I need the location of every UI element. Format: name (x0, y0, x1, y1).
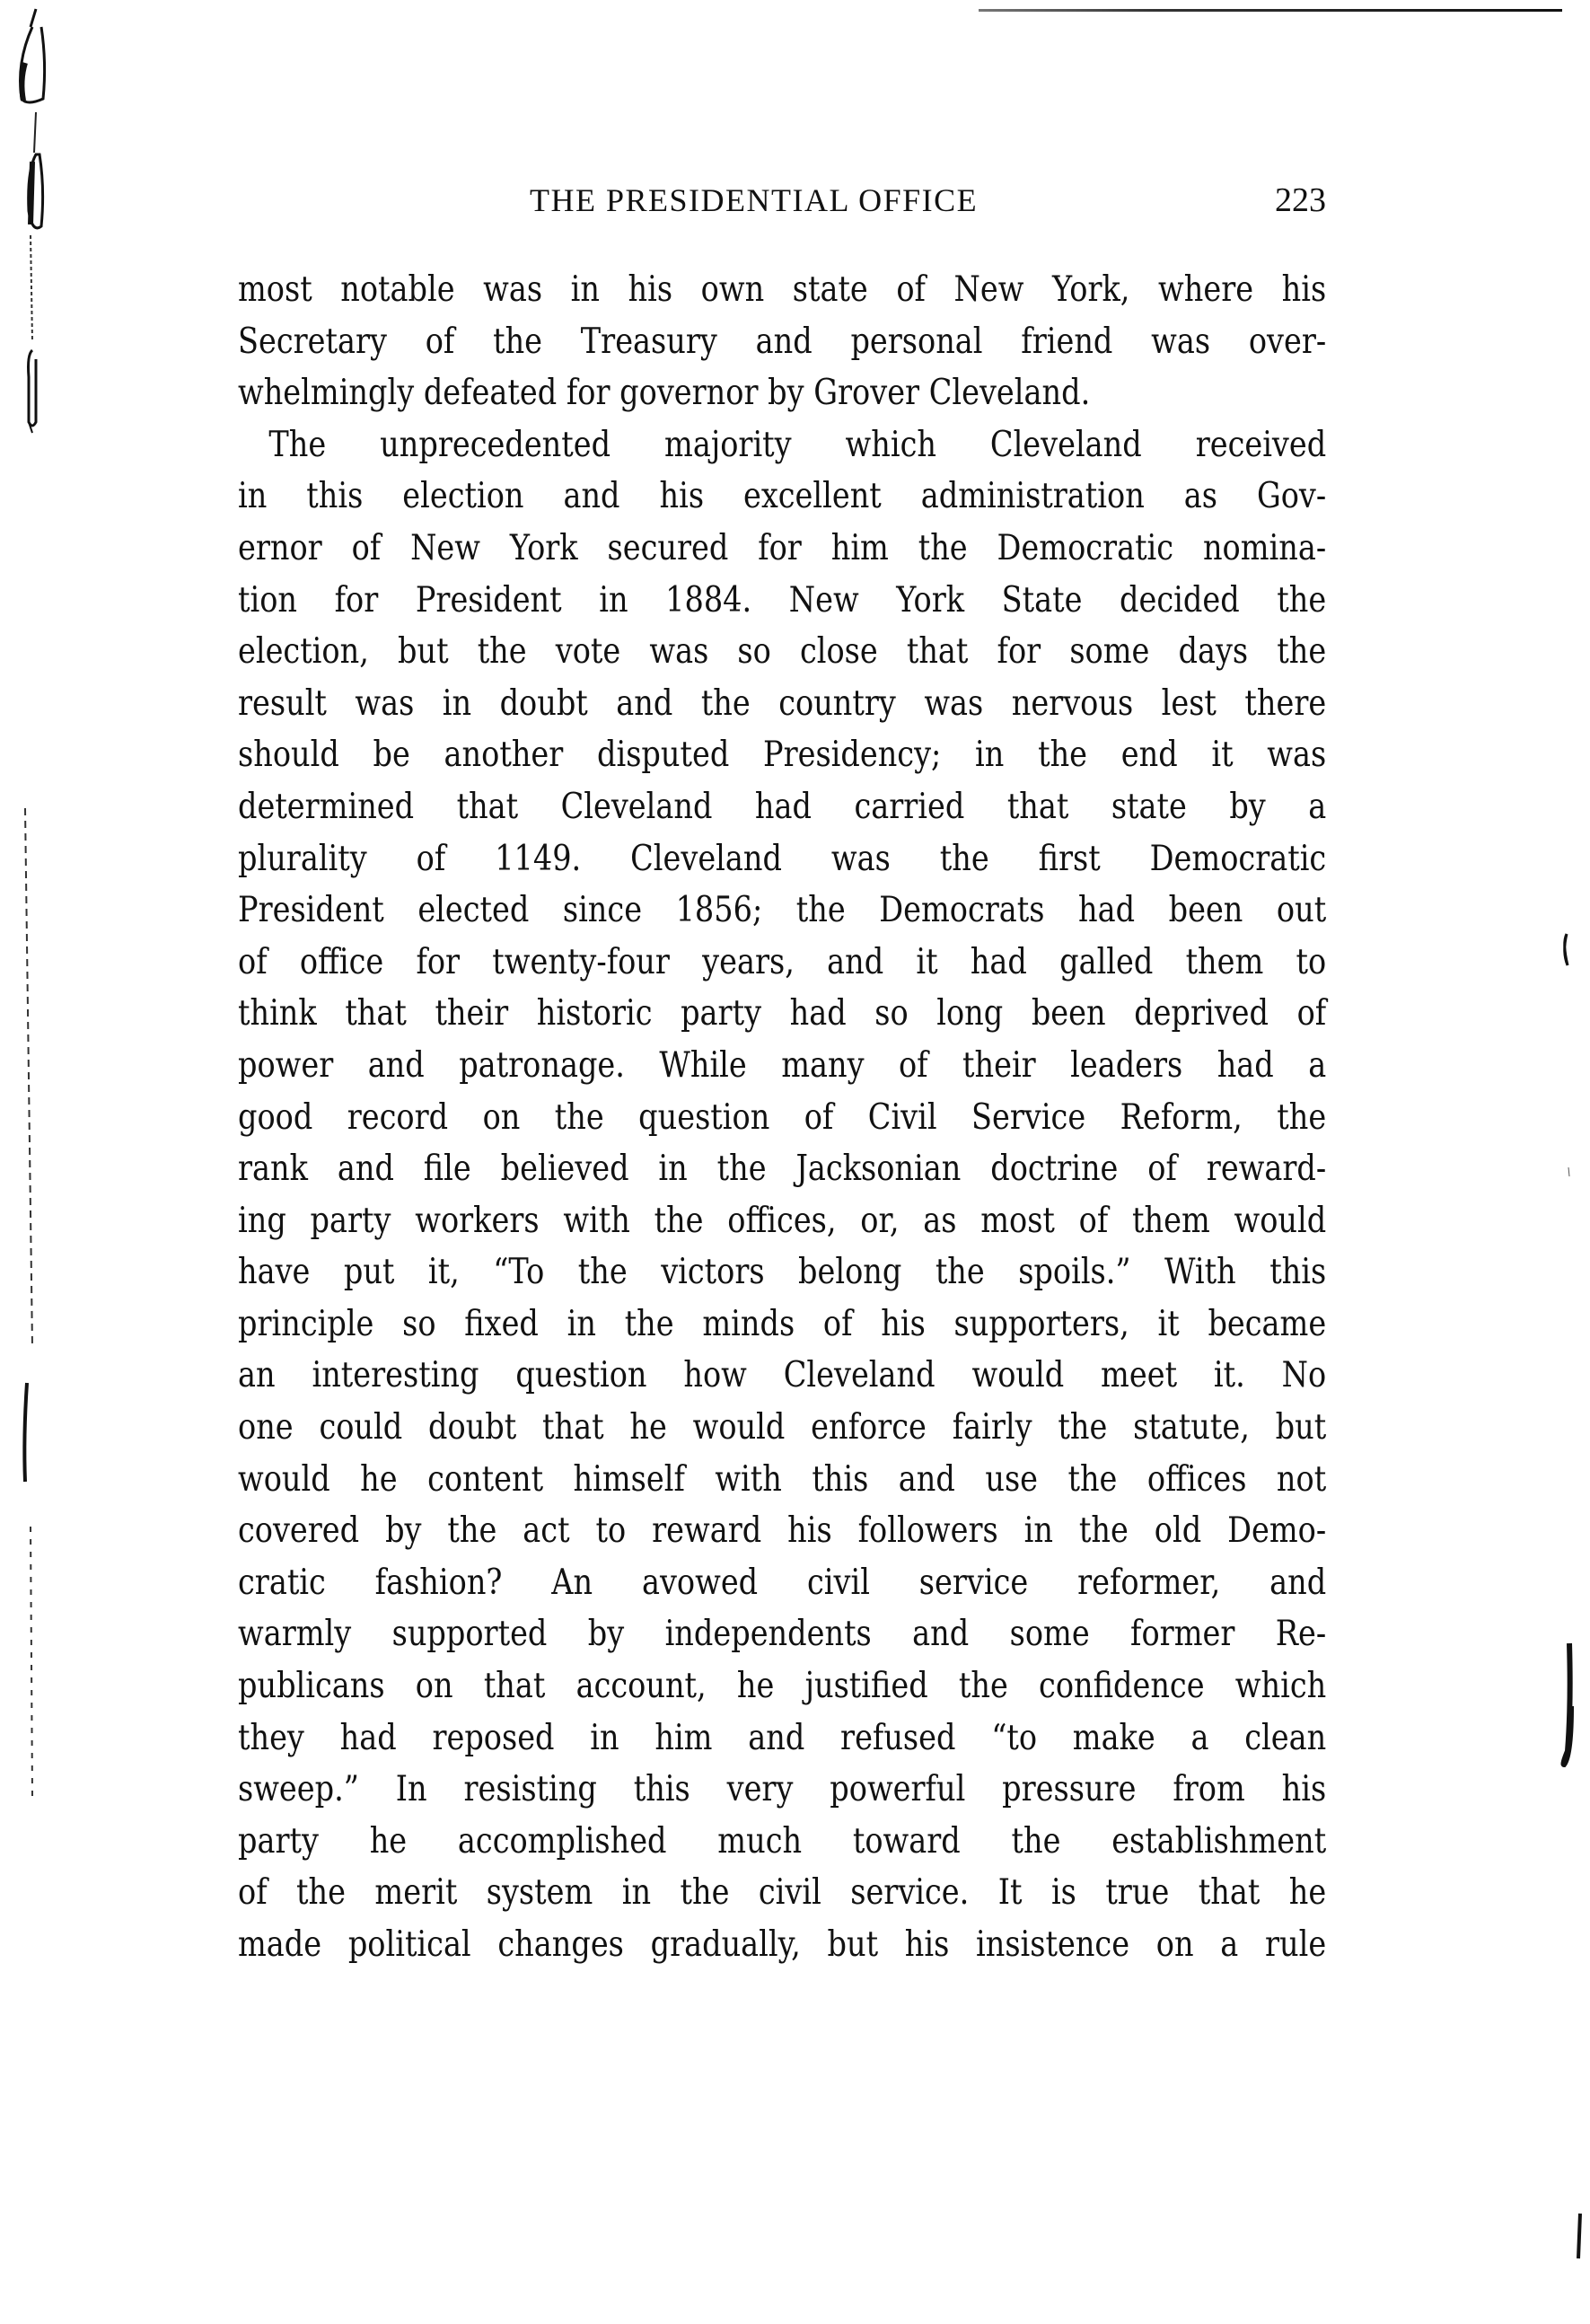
body-text: most notable was in his own state of New… (238, 264, 1326, 1971)
text-line: most notable was in his own state of New… (238, 264, 1326, 316)
text-line: election, but the vote was so close that… (238, 626, 1326, 678)
text-line: an interesting question how Cleveland wo… (238, 1350, 1326, 1402)
text-line: Secretary of the Treasury and personal f… (238, 316, 1326, 368)
text-line: of office for twenty-four years, and it … (238, 937, 1326, 989)
text-line: tion for President in 1884. New York Sta… (238, 575, 1326, 627)
text-line: ing party workers with the offices, or, … (238, 1195, 1326, 1247)
paragraph-2: The unprecedented majority which Clevela… (238, 419, 1326, 1971)
text-line: should be another disputed Presidency; i… (238, 729, 1326, 781)
text-line: of the merit system in the civil service… (238, 1867, 1326, 1919)
text-line: covered by the act to reward his followe… (238, 1505, 1326, 1557)
paragraph-1: most notable was in his own state of New… (238, 264, 1326, 419)
text-line: principle so fixed in the minds of his s… (238, 1298, 1326, 1351)
text-line: rank and file believed in the Jacksonian… (238, 1143, 1326, 1195)
right-edge-marks (1526, 0, 1590, 2324)
text-line: sweep.” In resisting this very powerful … (238, 1764, 1326, 1816)
text-line: determined that Cleveland had carried th… (238, 781, 1326, 833)
text-line: President elected since 1856; the Democr… (238, 885, 1326, 937)
text-line: would he content himself with this and u… (238, 1454, 1326, 1506)
text-line: think that their historic party had so l… (238, 988, 1326, 1040)
text-line: good record on the question of Civil Ser… (238, 1092, 1326, 1144)
text-line: result was in doubt and the country was … (238, 678, 1326, 730)
text-line: plurality of 1149. Cleveland was the fir… (238, 833, 1326, 885)
running-head: THE PRESIDENTIAL OFFICE 223 (238, 178, 1326, 223)
page-number: 223 (1275, 178, 1326, 223)
text-line: The unprecedented majority which Clevela… (238, 419, 1326, 471)
top-edge-rule (979, 9, 1562, 12)
text-line: power and patronage. While many of their… (238, 1040, 1326, 1092)
text-line: warmly supported by independents and som… (238, 1608, 1326, 1660)
text-line: party he accomplished much toward the es… (238, 1816, 1326, 1868)
text-line: cratic fashion? An avowed civil service … (238, 1557, 1326, 1609)
text-line: they had reposed in him and refused “to … (238, 1712, 1326, 1765)
text-line: have put it, “To the victors belong the … (238, 1246, 1326, 1298)
text-line: made political changes gradually, but hi… (238, 1919, 1326, 1971)
running-head-title: THE PRESIDENTIAL OFFICE (530, 178, 978, 223)
binding-edge-marks (0, 0, 54, 2324)
text-line: publicans on that account, he justified … (238, 1660, 1326, 1712)
text-line: whelmingly defeated for governor by Grov… (238, 367, 1326, 419)
text-line: in this election and his excellent admin… (238, 471, 1326, 523)
text-line: ernor of New York secured for him the De… (238, 523, 1326, 575)
text-line: one could doubt that he would enforce fa… (238, 1402, 1326, 1454)
